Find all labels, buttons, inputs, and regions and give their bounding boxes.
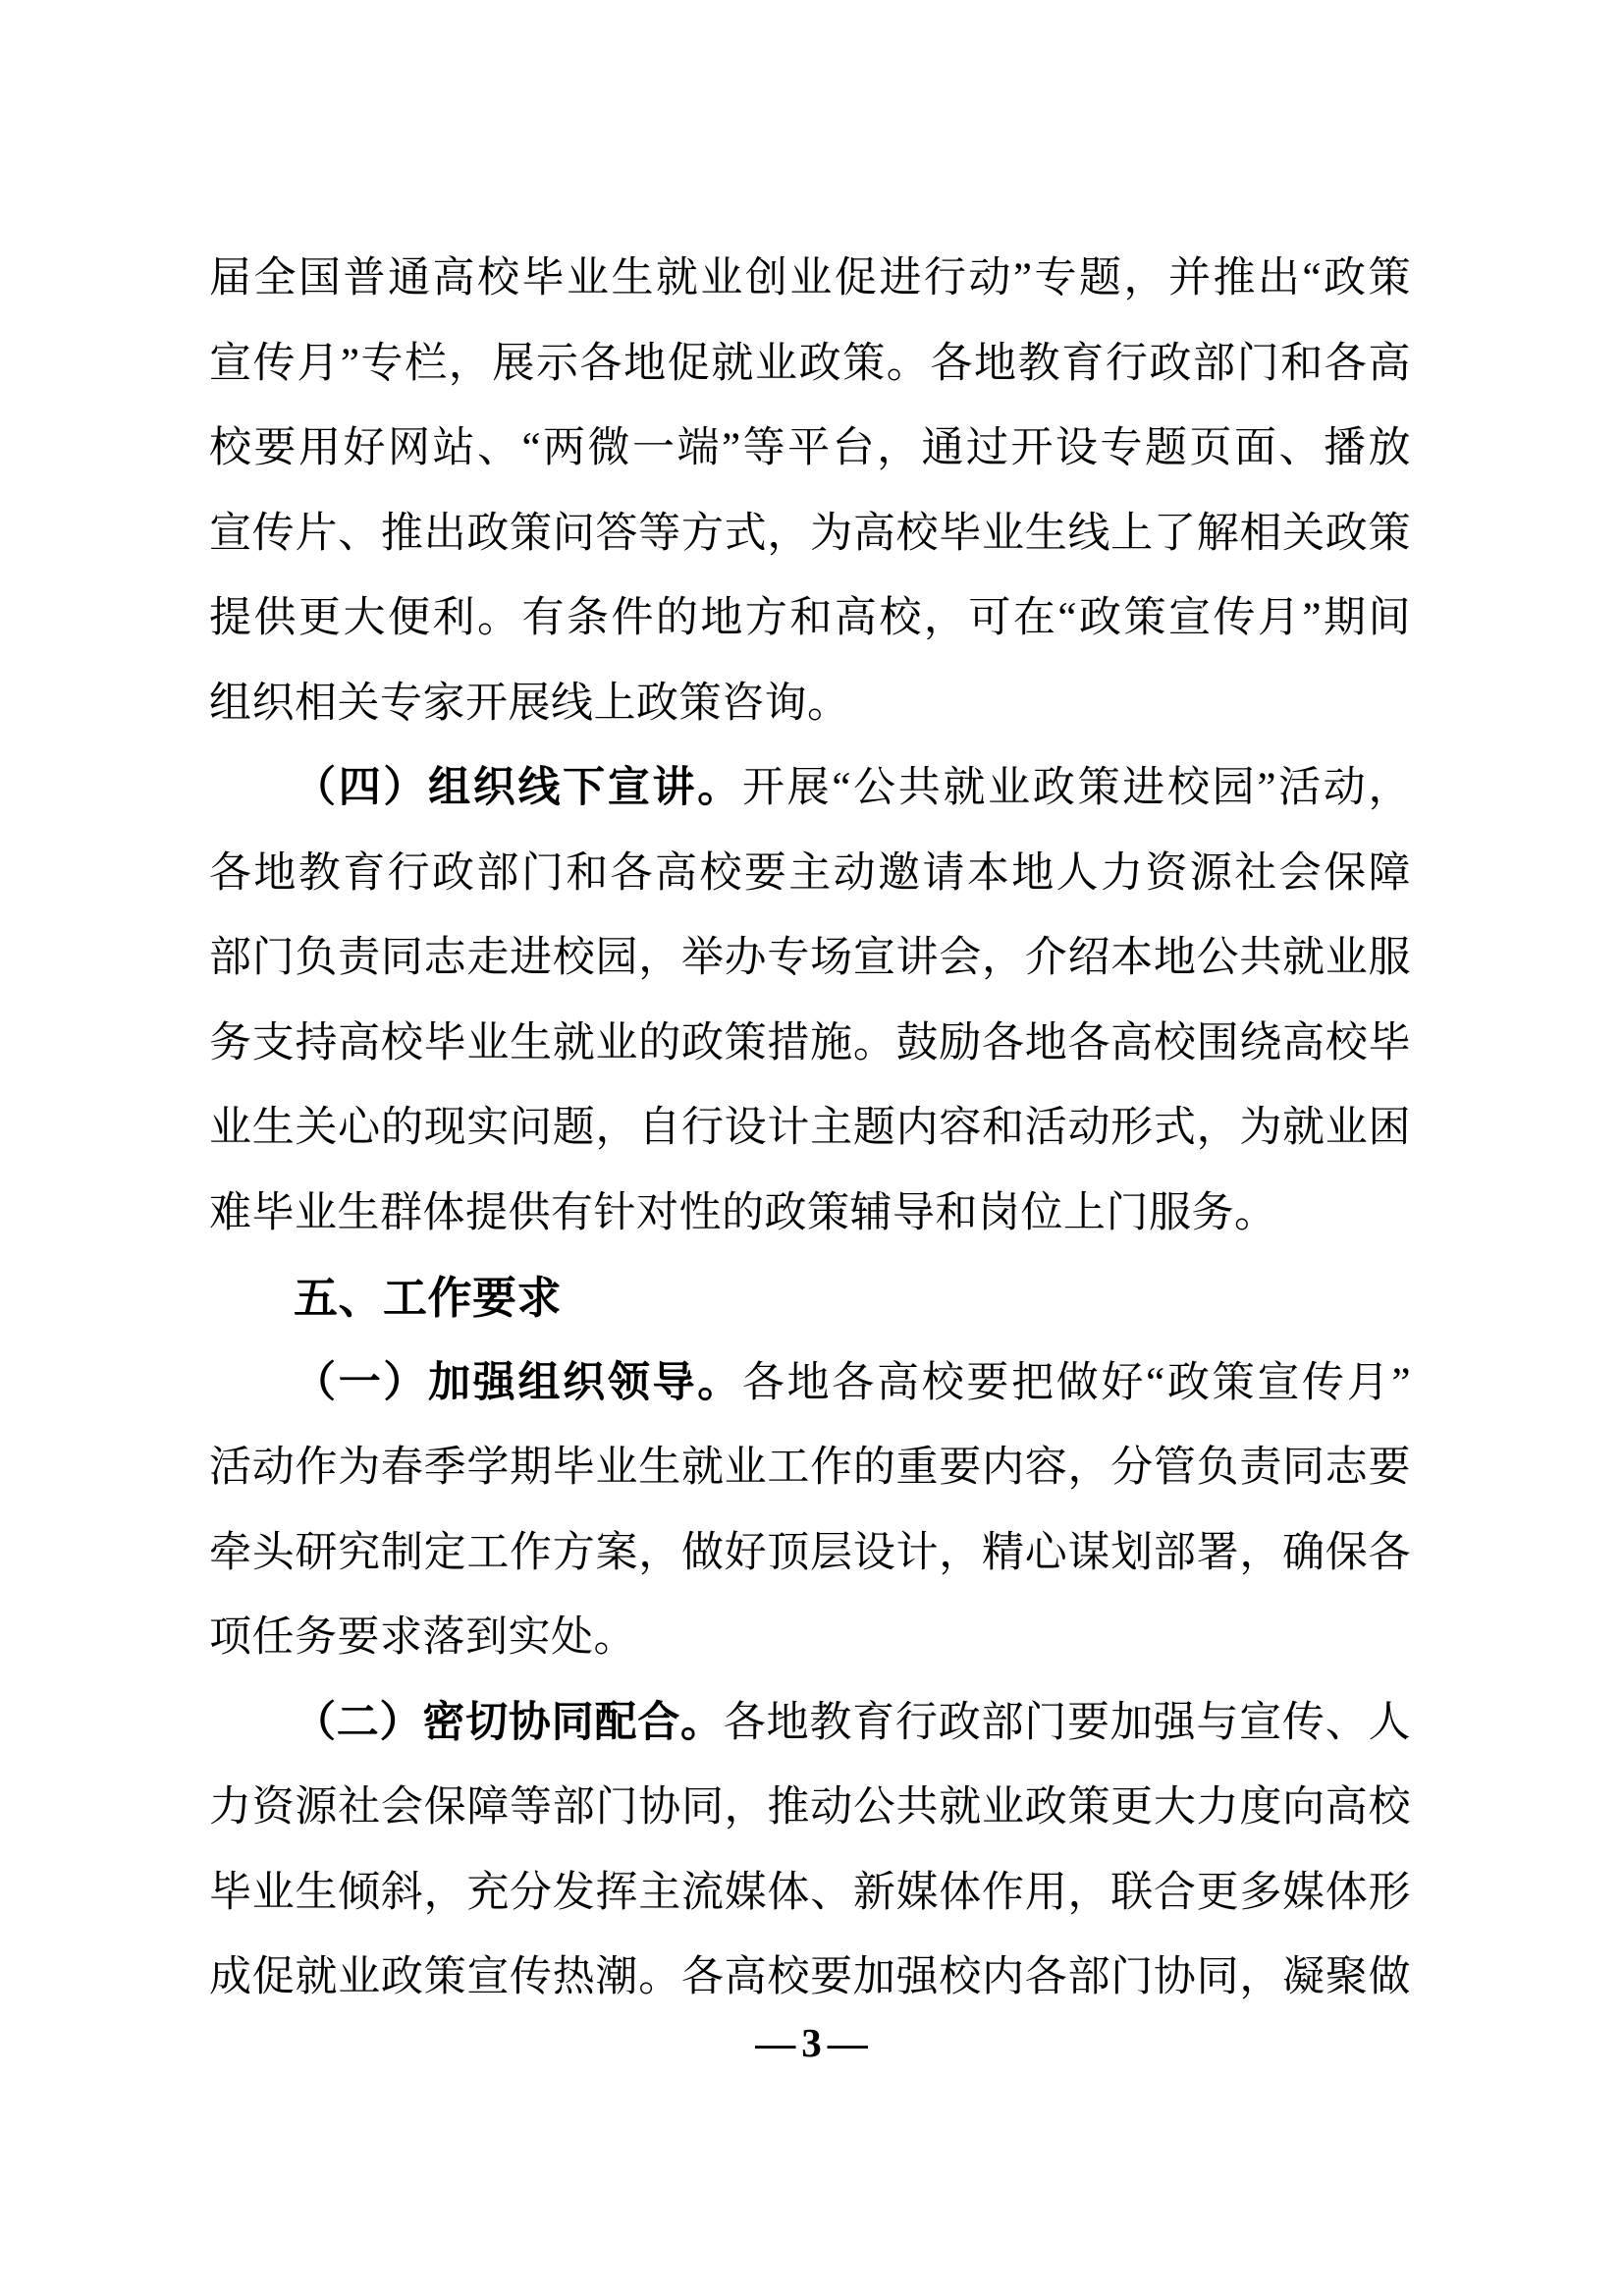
section-heading-text: 五、工作要求 <box>294 1273 562 1323</box>
line-text: 成促就业政策宣传热潮。各高校要加强校内各部门协同，凝聚做 <box>209 1954 1411 2000</box>
line-text: 组织相关专家开展线上政策咨询。 <box>209 681 850 727</box>
text-line: 毕业生倾斜，充分发挥主流媒体、新媒体作用，联合更多媒体形 <box>209 1851 1411 1937</box>
line-text: 活动作为春季学期毕业生就业工作的重要内容，分管负责同志要 <box>209 1445 1411 1491</box>
line-text: 开展“公共就业政策进校园”活动， <box>742 765 1411 811</box>
text-line: 宣传片、推出政策问答等方式，为高校毕业生线上了解相关政策 <box>209 492 1411 577</box>
line-text: 各地各高校要把做好“政策宣传月” <box>742 1360 1411 1406</box>
line-text: 提供更大便利。有条件的地方和高校，可在“政策宣传月”期间 <box>209 595 1411 641</box>
text-line: （二）密切协同配合。各地教育行政部门要加强与宣传、人 <box>209 1681 1411 1767</box>
text-line: 部门负责同志走进校园，举办专场宣讲会，介绍本地公共就业服 <box>209 916 1411 1002</box>
text-line: 务支持高校毕业生就业的政策措施。鼓励各地各高校围绕高校毕 <box>209 1002 1411 1087</box>
text-line: 届全国普通高校毕业生就业创业促进行动”专题，并推出“政策 <box>209 237 1411 322</box>
line-text: 难毕业生群体提供有针对性的政策辅导和岗位上门服务。 <box>209 1190 1277 1236</box>
paragraph-lead: （一）加强组织领导。 <box>294 1360 742 1406</box>
line-text: 力资源社会保障等部门协同，推动公共就业政策更大力度向高校 <box>209 1784 1411 1831</box>
line-text: 项任务要求落到实处。 <box>209 1614 636 1661</box>
paragraph-lead: （二）密切协同配合。 <box>294 1700 724 1746</box>
line-text: 各地教育行政部门要加强与宣传、人 <box>724 1700 1411 1746</box>
text-line: 活动作为春季学期毕业生就业工作的重要内容，分管负责同志要 <box>209 1426 1411 1511</box>
line-text: 宣传片、推出政策问答等方式，为高校毕业生线上了解相关政策 <box>209 511 1411 557</box>
line-text: 宣传月”专栏，展示各地促就业政策。各地教育行政部门和各高 <box>209 341 1411 387</box>
text-line: 项任务要求落到实处。 <box>209 1596 1411 1681</box>
text-line: （一）加强组织领导。各地各高校要把做好“政策宣传月” <box>209 1341 1411 1427</box>
document-body: 届全国普通高校毕业生就业创业促进行动”专题，并推出“政策宣传月”专栏，展示各地促… <box>209 237 1411 2021</box>
text-line: 组织相关专家开展线上政策咨询。 <box>209 662 1411 747</box>
page-number-dash-right: — <box>828 2019 868 2066</box>
page-number-dash-left: — <box>755 2019 795 2066</box>
page-number-value: 3 <box>801 2019 822 2066</box>
line-text: 校要用好网站、“两微一端”等平台，通过开设专题页面、播放 <box>209 425 1411 471</box>
text-line: 难毕业生群体提供有针对性的政策辅导和岗位上门服务。 <box>209 1172 1411 1257</box>
line-text: 毕业生倾斜，充分发挥主流媒体、新媒体作用，联合更多媒体形 <box>209 1870 1411 1916</box>
line-text: 牵头研究制定工作方案，做好顶层设计，精心谋划部署，确保各 <box>209 1530 1411 1576</box>
paragraph-lead: （四）组织线下宣讲。 <box>294 765 742 811</box>
text-line: 成促就业政策宣传热潮。各高校要加强校内各部门协同，凝聚做 <box>209 1936 1411 2021</box>
line-text: 各地教育行政部门和各高校要主动邀请本地人力资源社会保障 <box>209 850 1411 897</box>
text-line: （四）组织线下宣讲。开展“公共就业政策进校园”活动， <box>209 746 1411 832</box>
line-text: 届全国普通高校毕业生就业创业促进行动”专题，并推出“政策 <box>209 255 1411 301</box>
text-line: 校要用好网站、“两微一端”等平台，通过开设专题页面、播放 <box>209 407 1411 492</box>
line-text: 业生关心的现实问题，自行设计主题内容和活动形式，为就业困 <box>209 1105 1411 1151</box>
text-line: 牵头研究制定工作方案，做好顶层设计，精心谋划部署，确保各 <box>209 1511 1411 1597</box>
text-line: 各地教育行政部门和各高校要主动邀请本地人力资源社会保障 <box>209 832 1411 917</box>
section-heading: 五、工作要求 <box>209 1256 1411 1341</box>
page-number: —3— <box>0 2019 1623 2066</box>
text-line: 力资源社会保障等部门协同，推动公共就业政策更大力度向高校 <box>209 1766 1411 1851</box>
text-line: 业生关心的现实问题，自行设计主题内容和活动形式，为就业困 <box>209 1086 1411 1172</box>
line-text: 部门负责同志走进校园，举办专场宣讲会，介绍本地公共就业服 <box>209 935 1411 981</box>
document-page: 届全国普通高校毕业生就业创业促进行动”专题，并推出“政策宣传月”专栏，展示各地促… <box>0 0 1623 2296</box>
text-line: 提供更大便利。有条件的地方和高校，可在“政策宣传月”期间 <box>209 576 1411 662</box>
text-line: 宣传月”专栏，展示各地促就业政策。各地教育行政部门和各高 <box>209 322 1411 408</box>
line-text: 务支持高校毕业生就业的政策措施。鼓励各地各高校围绕高校毕 <box>209 1020 1411 1066</box>
